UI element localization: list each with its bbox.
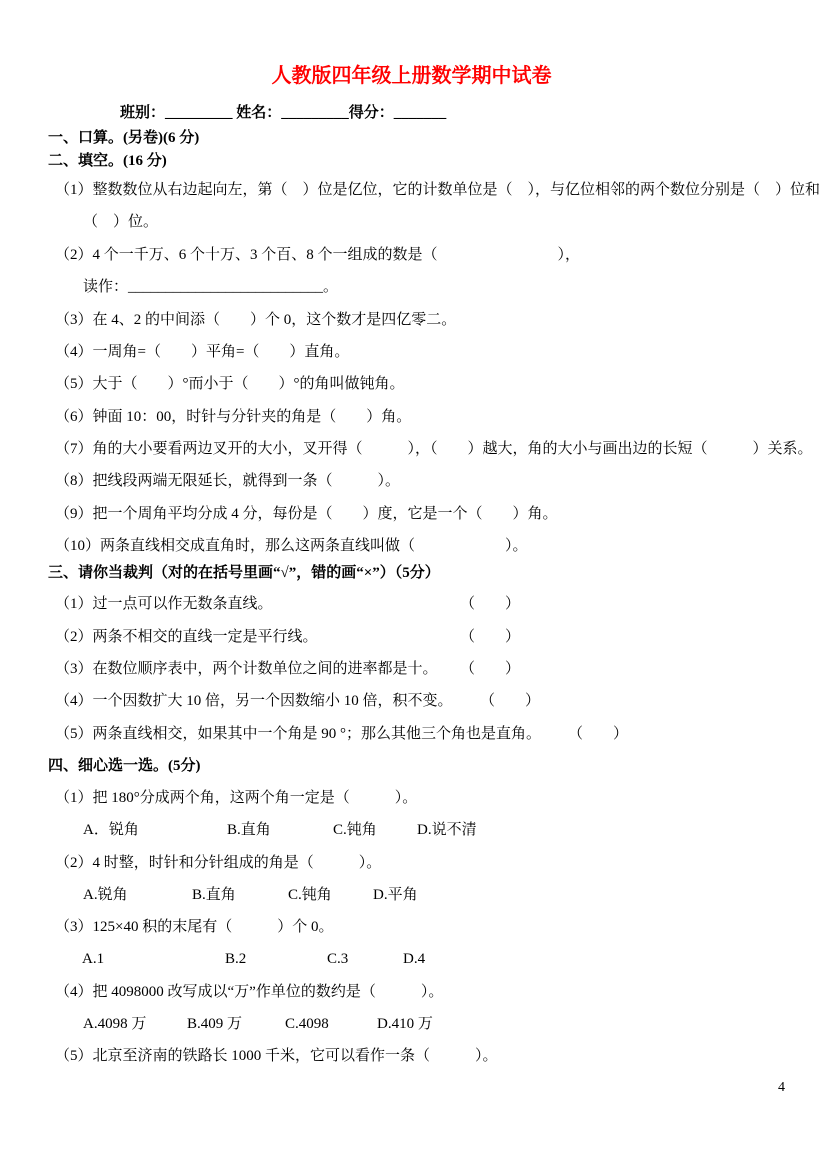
choice-option-a: A.锐角 [83, 885, 128, 905]
choice-option-d: D.说不清 [417, 820, 477, 840]
choice-option-b: B.409 万 [187, 1014, 242, 1034]
fill-question-line: （ ）位。 [83, 212, 158, 232]
choice-option-d: D.4 [403, 949, 425, 969]
section-fill-heading: 二、填空。(16 分) [48, 151, 167, 171]
choice-option-c: C.钝角 [288, 885, 332, 905]
section-judge-heading: 三、请你当裁判（对的在括号里画“√”，错的画“×”）（5分） [48, 563, 440, 583]
choice-option-c: C.3 [327, 949, 348, 969]
fill-question-line: （9）把一个周角平均分成 4 分，每份是（ ）度，它是一个（ ）角。 [55, 504, 558, 524]
student-info-line: 班别：_________ 姓名：_________得分：_______ [120, 103, 446, 123]
fill-question-line: （7）角的大小要看两边叉开的大小，叉开得（ ），（ ）越大，角的大小与画出边的长… [55, 439, 813, 459]
answer-parentheses: （ ） [480, 691, 540, 711]
choice-option-a: A.4098 万 [83, 1014, 146, 1034]
fill-question-line: （3）在 4、2 的中间添（ ）个 0，这个数才是四亿零二。 [55, 310, 456, 330]
fill-question-line: 读作：__________________________。 [83, 277, 338, 297]
judge-question-text: （1）过一点可以作无数条直线。 [55, 594, 273, 614]
exam-page: 人教版四年级上册数学期中试卷 班别：_________ 姓名：_________… [0, 0, 823, 1166]
fill-question-line: （4）一周角=（ ）平角=（ ）直角。 [55, 342, 349, 362]
choice-option-b: B.直角 [227, 820, 271, 840]
choice-option-c: C.钝角 [333, 820, 377, 840]
answer-parentheses: （ ） [460, 594, 520, 614]
choice-option-d: D.平角 [373, 885, 418, 905]
fill-question-line: （10）两条直线相交成直角时，那么这两条直线叫做（ ）。 [55, 536, 528, 556]
judge-question-text: （2）两条不相交的直线一定是平行线。 [55, 627, 318, 647]
choice-question-text: （4）把 4098000 改写成以“万”作单位的数约是（ ）。 [55, 982, 443, 1002]
choice-question-text: （5）北京至济南的铁路长 1000 千米，它可以看作一条（ ）。 [55, 1046, 498, 1066]
choice-question-text: （1）把 180°分成两个角，这两个角一定是（ ）。 [55, 788, 417, 808]
judge-question-text: （4）一个因数扩大 10 倍，另一个因数缩小 10 倍，积不变。 [55, 691, 453, 711]
answer-parentheses: （ ） [460, 659, 520, 679]
fill-question-line: （2）4 个一千万、6 个十万、3 个百、8 个一组成的数是（ ）， [55, 245, 580, 265]
answer-parentheses: （ ） [460, 627, 520, 647]
choice-option-a: A．锐角 [83, 820, 139, 840]
fill-question-line: （1）整数数位从右边起向左，第（ ）位是亿位，它的计数单位是（ ），与亿位相邻的… [55, 180, 820, 200]
section-oral-heading: 一、口算。(另卷)(6 分) [48, 128, 199, 148]
judge-question-text: （3）在数位顺序表中，两个计数单位之间的进率都是十。 [55, 659, 438, 679]
fill-question-line: （5）大于（ ）°而小于（ ）°的角叫做钝角。 [55, 374, 405, 394]
choice-option-a: A.1 [82, 949, 104, 969]
section-choice-heading: 四、细心选一选。(5分) [48, 756, 201, 776]
choice-question-text: （2）4 时整，时针和分针组成的角是（ ）。 [55, 853, 381, 873]
judge-question-text: （5）两条直线相交，如果其中一个角是 90 °；那么其他三个角也是直角。 [55, 724, 541, 744]
fill-question-line: （8）把线段两端无限延长，就得到一条（ ）。 [55, 471, 400, 491]
choice-option-c: C.4098 [285, 1014, 329, 1034]
choice-question-text: （3）125×40 积的末尾有（ ）个 0。 [55, 917, 333, 937]
choice-option-b: B.2 [225, 949, 246, 969]
page-number: 4 [778, 1078, 785, 1098]
choice-option-d: D.410 万 [377, 1014, 433, 1034]
fill-question-line: （6）钟面 10：00，时针与分针夹的角是（ ）角。 [55, 407, 411, 427]
exam-title: 人教版四年级上册数学期中试卷 [0, 62, 823, 90]
choice-option-b: B.直角 [192, 885, 236, 905]
answer-parentheses: （ ） [568, 724, 628, 744]
